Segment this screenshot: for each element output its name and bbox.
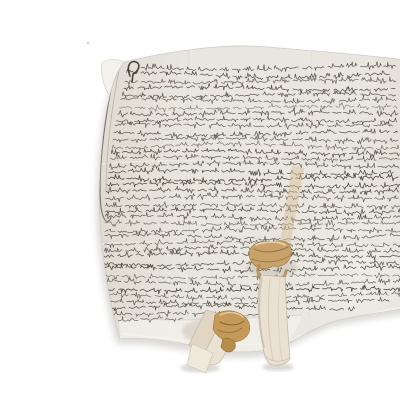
manuscript-photo-svg [40,16,400,381]
photo-of-medieval-charter: Medieval parchment charter with hanging … [40,16,400,381]
seal-tag-wax-chunk-small [221,338,235,352]
background-speck [87,42,89,44]
